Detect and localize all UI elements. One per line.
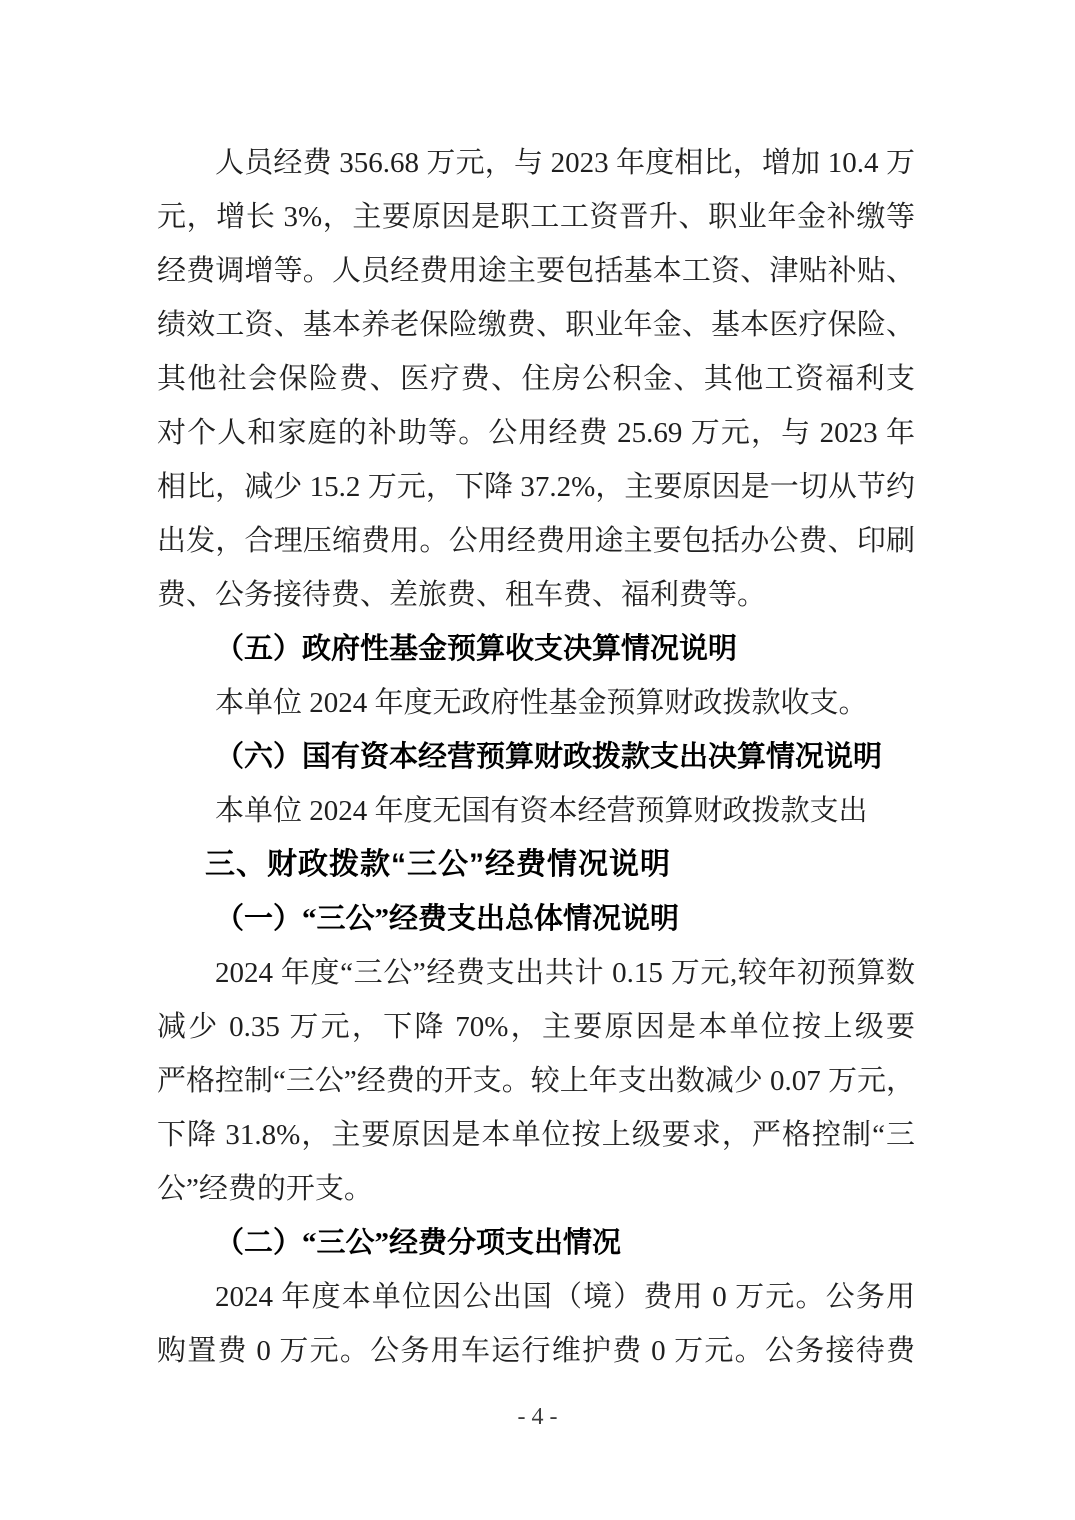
heading-line: 三、财政拨款“三公”经费情况说明 (157, 838, 915, 892)
heading-line: （一）“三公”经费支出总体情况说明 (157, 892, 915, 946)
text-line: 经费调增等。人员经费用途主要包括基本工资、津贴补贴、 (157, 244, 915, 298)
heading-line: （五）政府性基金预算收支决算情况说明 (157, 622, 915, 676)
text-line: 2024 年度“三公”经费支出共计 0.15 万元,较年初预算数 (157, 946, 915, 1000)
text-line: 减少 0.35 万元，下降 70%，主要原因是本单位按上级要求， (157, 1000, 915, 1054)
heading-line: （二）“三公”经费分项支出情况 (157, 1216, 915, 1270)
text-line: 对个人和家庭的补助等。公用经费 25.69 万元，与 2023 年度 (157, 406, 915, 460)
text-line: 费、公务接待费、差旅费、租车费、福利费等。 (157, 568, 915, 622)
document-page: 人员经费 356.68 万元，与 2023 年度相比，增加 10.4 万元，增长… (0, 0, 1075, 1520)
text-line: 元，增长 3%，主要原因是职工工资晋升、职业年金补缴等 (157, 190, 915, 244)
text-line: 出发，合理压缩费用。公用经费用途主要包括办公费、印刷 (157, 514, 915, 568)
text-line: 本单位 2024 年度无政府性基金预算财政拨款收支。 (157, 676, 915, 730)
text-line: 下降 31.8%，主要原因是本单位按上级要求，严格控制“三 (157, 1108, 915, 1162)
text-line: 严格控制“三公”经费的开支。较上年支出数减少 0.07 万元， (157, 1054, 915, 1108)
text-line: 其他社会保险费、医疗费、住房公积金、其他工资福利支出、 (157, 352, 915, 406)
text-line: 人员经费 356.68 万元，与 2023 年度相比，增加 10.4 万 (157, 136, 915, 190)
page-number: - 4 - (0, 1404, 1075, 1431)
text-line: 2024 年度本单位因公出国（境）费用 0 万元。公务用车 (157, 1270, 915, 1324)
text-line: 绩效工资、基本养老保险缴费、职业年金、基本医疗保险、 (157, 298, 915, 352)
text-line: 本单位 2024 年度无国有资本经营预算财政拨款支出 (157, 784, 915, 838)
text-line: 购置费 0 万元。公务用车运行维护费 0 万元。公务接待费 0.15 (157, 1324, 915, 1378)
text-line: 公”经费的开支。 (157, 1162, 915, 1216)
text-line: 相比，减少 15.2 万元，下降 37.2%，主要原因是一切从节约 (157, 460, 915, 514)
document-body: 人员经费 356.68 万元，与 2023 年度相比，增加 10.4 万元，增长… (157, 136, 915, 1378)
heading-line: （六）国有资本经营预算财政拨款支出决算情况说明 (157, 730, 915, 784)
